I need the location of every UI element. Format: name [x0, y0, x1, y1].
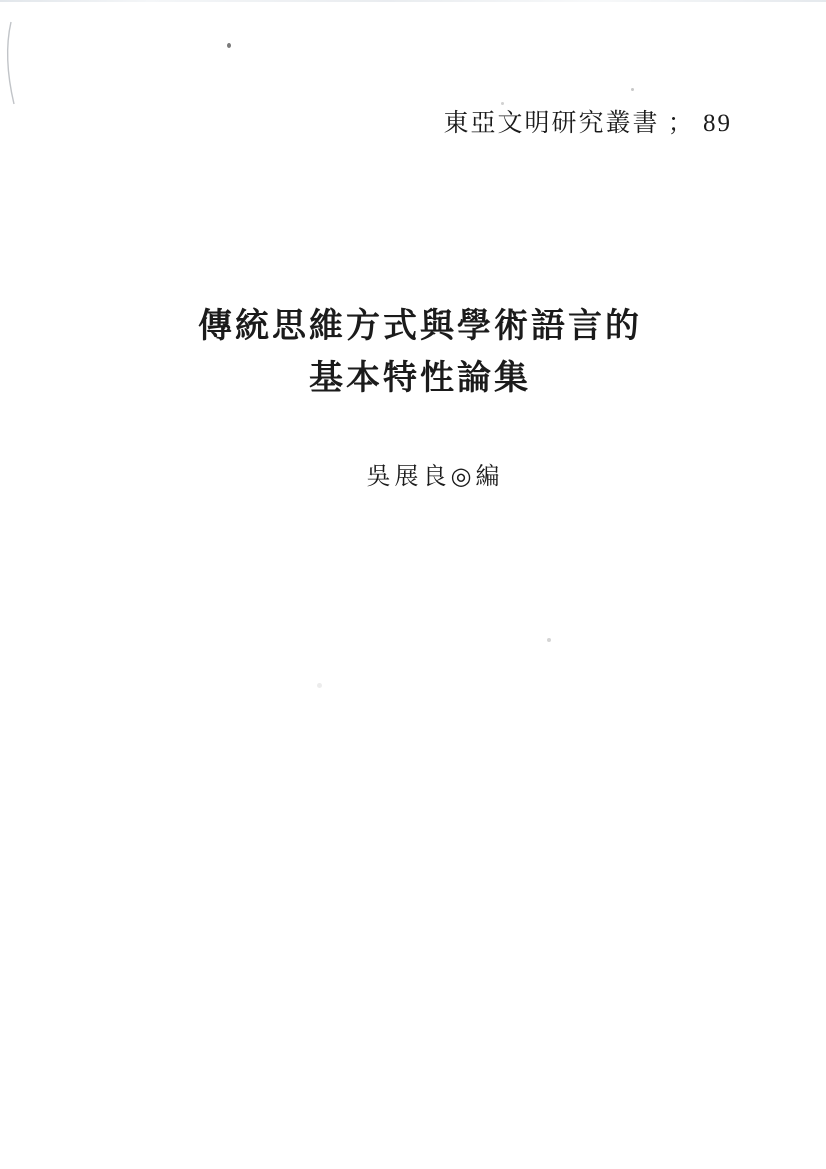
- scan-speck: [227, 43, 231, 48]
- scan-speck: [631, 88, 634, 91]
- book-title-page: 東亞文明研究叢書 ； 89 傳統思維方式與學術語言的 基本特性論集 吳展良◎編: [0, 0, 826, 1169]
- scan-speck: [547, 638, 551, 642]
- page-curl-artifact: [2, 18, 26, 114]
- title-line-2: 基本特性論集: [7, 353, 826, 405]
- scan-speck: [501, 102, 504, 105]
- scan-edge-artifact: [0, 0, 826, 2]
- series-label: 東亞文明研究叢書 ； 89: [0, 108, 732, 140]
- editor-byline: 吳展良◎編: [22, 461, 826, 493]
- scan-speck: [317, 683, 322, 688]
- title-line-1: 傳統思維方式與學術語言的: [7, 301, 826, 353]
- main-title: 傳統思維方式與學術語言的 基本特性論集: [7, 301, 826, 405]
